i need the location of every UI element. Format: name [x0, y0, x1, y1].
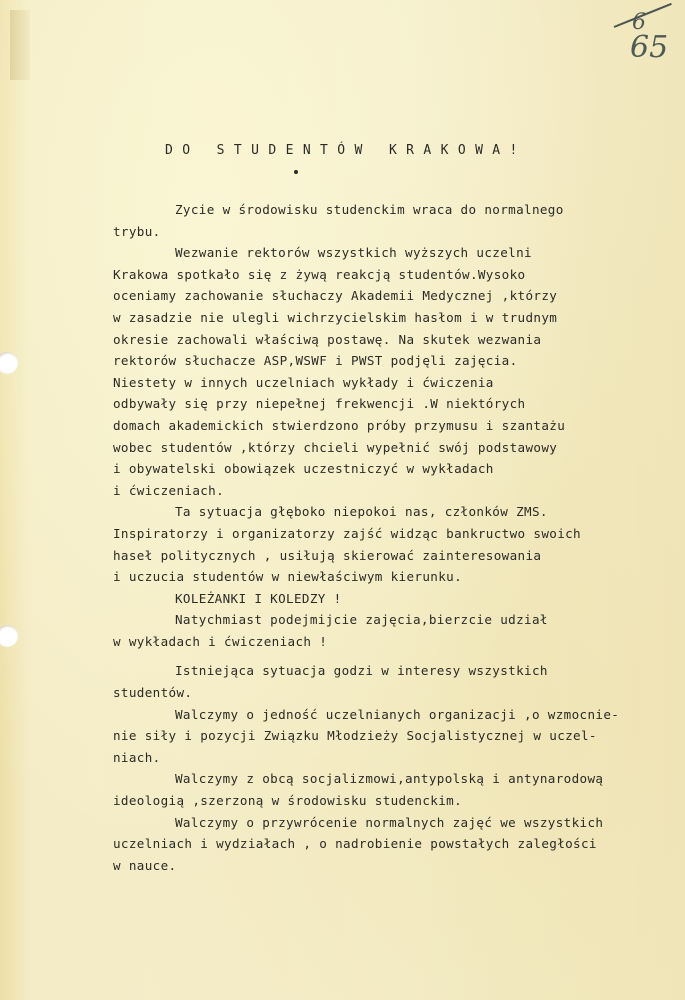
- text-line: w wykładach i ćwiczeniach !: [113, 631, 673, 653]
- paragraph: Wezwanie rektorów wszystkich wyższych uc…: [113, 242, 673, 501]
- text-line: uczelniach i wydziałach , o nadrobienie …: [113, 833, 673, 855]
- document-body: Zycie w środowisku studenckim wraca do n…: [113, 199, 673, 876]
- page-number: 65: [630, 30, 668, 65]
- text-line: Niestety w innych uczelniach wykłady i ć…: [113, 372, 673, 394]
- document-page: 6 65 DO STUDENTÓW KRAKOWA! Zycie w środo…: [0, 0, 685, 1000]
- title-dot: [294, 170, 298, 174]
- text-line: oceniamy zachowanie słuchaczy Akademii M…: [113, 285, 673, 307]
- handwritten-page-number: 6 65: [610, 8, 685, 68]
- text-line: w zasadzie nie ulegli wichrzycielskim ha…: [113, 307, 673, 329]
- text-line: Zycie w środowisku studenckim wraca do n…: [113, 199, 673, 221]
- text-line: rektorów słuchacze ASP,WSWF i PWST podję…: [113, 350, 673, 372]
- text-line: studentów.: [113, 682, 673, 704]
- paragraph: Walczymy z obcą socjalizmowi,antypolską …: [113, 768, 673, 811]
- text-line: KOLEŻANKI I KOLEDZY !: [113, 588, 673, 610]
- text-line: Wezwanie rektorów wszystkich wyższych uc…: [113, 242, 673, 264]
- text-line: Inspiratorzy i organizatorzy zajść widzą…: [113, 523, 673, 545]
- text-line: trybu.: [113, 221, 673, 243]
- paper-stain: [10, 10, 30, 80]
- text-line: wobec studentów ,którzy chcieli wypełnić…: [113, 437, 673, 459]
- paragraph: Zycie w środowisku studenckim wraca do n…: [113, 199, 673, 242]
- text-line: i uczucia studentów w niewłaściwym kieru…: [113, 566, 673, 588]
- document-title: DO STUDENTÓW KRAKOWA!: [165, 143, 527, 158]
- paragraph-gap: [113, 652, 673, 660]
- text-line: niach.: [113, 747, 673, 769]
- text-line: i ćwiczeniach.: [113, 480, 673, 502]
- text-line: ideologią ,szerzoną w środowisku studenc…: [113, 790, 673, 812]
- text-line: okresie zachowali właściwą postawę. Na s…: [113, 329, 673, 351]
- paragraph: KOLEŻANKI I KOLEDZY !: [113, 588, 673, 610]
- text-line: Ta sytuacja głęboko niepokoi nas, członk…: [113, 501, 673, 523]
- punch-hole-bottom: [0, 625, 18, 647]
- paragraph: Istniejąca sytuacja godzi w interesy wsz…: [113, 660, 673, 703]
- text-line: haseł politycznych , usiłują skierować z…: [113, 545, 673, 567]
- punch-hole-top: [0, 352, 18, 374]
- text-line: w nauce.: [113, 855, 673, 877]
- text-line: Walczymy z obcą socjalizmowi,antypolską …: [113, 768, 673, 790]
- text-line: Walczymy o przywrócenie normalnych zajęć…: [113, 812, 673, 834]
- text-line: domach akademickich stwierdzono próby pr…: [113, 415, 673, 437]
- text-line: Krakowa spotkało się z żywą reakcją stud…: [113, 264, 673, 286]
- text-line: odbywały się przy niepełnej frekwencji .…: [113, 393, 673, 415]
- paragraph: Natychmiast podejmijcie zajęcia,bierzcie…: [113, 609, 673, 652]
- paragraph: Walczymy o przywrócenie normalnych zajęć…: [113, 812, 673, 877]
- text-line: Natychmiast podejmijcie zajęcia,bierzcie…: [113, 609, 673, 631]
- paragraph: Walczymy o jedność uczelnianych organiza…: [113, 704, 673, 769]
- paragraph: Ta sytuacja głęboko niepokoi nas, członk…: [113, 501, 673, 587]
- text-line: i obywatelski obowiązek uczestniczyć w w…: [113, 458, 673, 480]
- text-line: nie siły i pozycji Związku Młodzieży Soc…: [113, 725, 673, 747]
- text-line: Istniejąca sytuacja godzi w interesy wsz…: [113, 660, 673, 682]
- text-line: Walczymy o jedność uczelnianych organiza…: [113, 704, 673, 726]
